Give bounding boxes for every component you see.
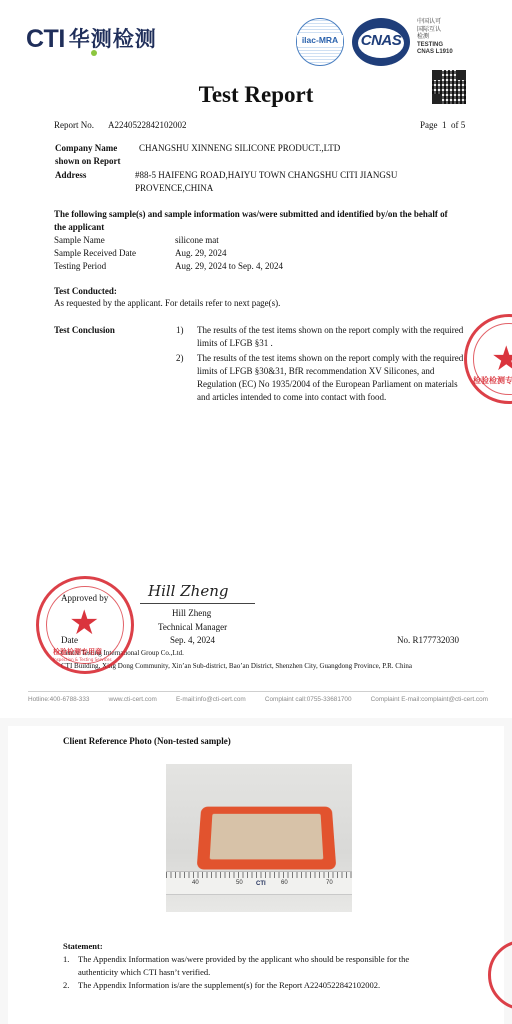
inspection-stamp-icon: ★ 检验检测专用章 [464, 314, 512, 404]
complaint-email-link[interactable]: Complaint E-mail:complaint@cti-cert.com [371, 696, 488, 703]
email-link[interactable]: E-mail:info@cti-cert.com [176, 696, 246, 703]
logo-chinese: 华测检测 [69, 26, 157, 52]
logo-dot-icon [91, 50, 97, 56]
signature: Hill Zheng [148, 582, 228, 600]
test-conducted-text: As requested by the applicant. For detai… [54, 297, 280, 310]
sample-row: Sample Namesilicone mat [54, 234, 283, 247]
ilac-mra-logo-icon: ilac-MRA [296, 18, 344, 66]
logo-brand: CTI [26, 26, 65, 52]
test-conclusion-label: Test Conclusion [54, 324, 115, 337]
approver-position: Technical Manager [158, 621, 227, 634]
company-name-label: Company Name shown on Report [55, 142, 121, 168]
cnas-accreditation-info: 中国认可 国际互认 检测 TESTING CNAS L1910 [417, 19, 453, 57]
report-number: A2240522842102002 [108, 119, 187, 132]
company-name: CHANGSHU XINNENG SILICONE PRODUCT.,LTD [139, 142, 340, 155]
page-indicator: Page 1 of 5 [420, 119, 465, 132]
signature-line [140, 603, 255, 604]
footer-divider [28, 691, 484, 692]
hotline: Hotline:400-6788-333 [28, 696, 89, 703]
statement-heading: Statement: [63, 940, 103, 953]
address: #88-5 HAIFENG ROAD,HAIYU TOWN CHANGSHU C… [135, 169, 397, 195]
footer-contacts: Hotline:400-6788-333 www.cti-cert.com E-… [28, 696, 488, 703]
sample-row: Sample Received DateAug. 29, 2024 [54, 247, 283, 260]
company-seal-icon: ★ 检验检测专用章 Inspection & Testing Services [36, 576, 134, 674]
cti-logo: CTI 华测检测 [26, 26, 157, 52]
website-link[interactable]: www.cti-cert.com [109, 696, 157, 703]
complaint-call: Complaint call:0755-33681700 [265, 696, 352, 703]
cert-number: No. R177732030 [397, 634, 459, 647]
address-label: Address [55, 169, 86, 182]
sample-photo: 40 50 CTI 60 70 [166, 764, 352, 912]
statement-item-1: 1. The Appendix Information was/were pro… [63, 953, 409, 979]
sample-intro: The following sample(s) and sample infor… [54, 208, 474, 234]
sample-table: Sample Namesilicone mat Sample Received … [54, 234, 283, 273]
photo-heading: Client Reference Photo (Non-tested sampl… [63, 735, 231, 748]
statement-item-2: 2. The Appendix Information is/are the s… [63, 979, 380, 992]
sample-row: Testing PeriodAug. 29, 2024 to Sep. 4, 2… [54, 260, 283, 273]
ruler-image: 40 50 CTI 60 70 [166, 871, 352, 895]
conclusion-item-2: 2) The results of the test items shown o… [176, 352, 463, 404]
report-number-label: Report No. [54, 119, 94, 132]
cnas-logo-icon: CNAS [352, 18, 410, 66]
approval-date: Sep. 4, 2024 [170, 634, 215, 647]
conclusion-item-1: 1) The results of the test items shown o… [176, 324, 463, 350]
silicone-mat-image [197, 807, 337, 870]
page-title: Test Report [0, 82, 512, 108]
approver-name: Hill Zheng [172, 607, 211, 620]
